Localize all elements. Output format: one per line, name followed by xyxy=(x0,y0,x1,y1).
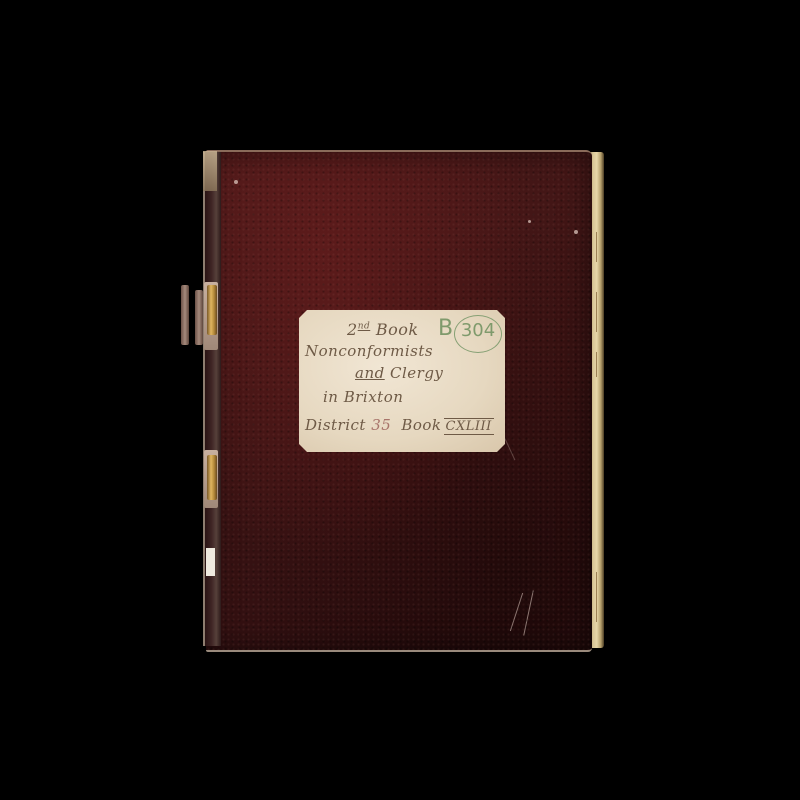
label-ordinal: 2 xyxy=(347,320,358,339)
cover-speck xyxy=(234,180,238,184)
page-edge-mark xyxy=(596,292,597,332)
worn-corner xyxy=(203,151,217,191)
label-and: and xyxy=(355,364,385,382)
torn-strap xyxy=(195,290,203,345)
label-line-district: District 35BookCXLIII xyxy=(305,416,494,434)
cover-scratch xyxy=(510,593,523,631)
label-district-number: 35 xyxy=(371,416,391,434)
label-book-roman-number: CXLIII xyxy=(444,418,494,435)
torn-strap xyxy=(181,285,189,345)
photo-stage: 2nd Book B 304 Nonconformists and Clergy… xyxy=(0,0,800,800)
annotation-number-circled: 304 xyxy=(454,315,502,353)
brass-clasp xyxy=(207,285,217,335)
label-book-word: Book xyxy=(376,320,419,339)
label-line-nonconformists: Nonconformists xyxy=(305,342,433,360)
label-clergy: Clergy xyxy=(390,364,443,382)
annotation-letter: B xyxy=(438,316,453,341)
white-tag xyxy=(206,548,215,576)
label-line-book: 2nd Book xyxy=(347,320,419,339)
cover-speck xyxy=(574,230,578,234)
page-edge-mark xyxy=(596,572,597,622)
cover-scratch xyxy=(523,590,534,635)
brass-clasp xyxy=(207,455,217,500)
cover-speck xyxy=(528,220,531,223)
label-ordinal-suffix: nd xyxy=(358,322,371,332)
label-line-clergy: and Clergy xyxy=(355,364,443,382)
cover-label: 2nd Book B 304 Nonconformists and Clergy… xyxy=(299,310,505,452)
label-book-word-2: Book xyxy=(401,416,441,434)
label-line-brixton: in Brixton xyxy=(323,388,403,406)
page-edge-mark xyxy=(596,352,597,377)
page-edge-mark xyxy=(596,232,597,262)
label-district-word: District xyxy=(305,416,366,434)
